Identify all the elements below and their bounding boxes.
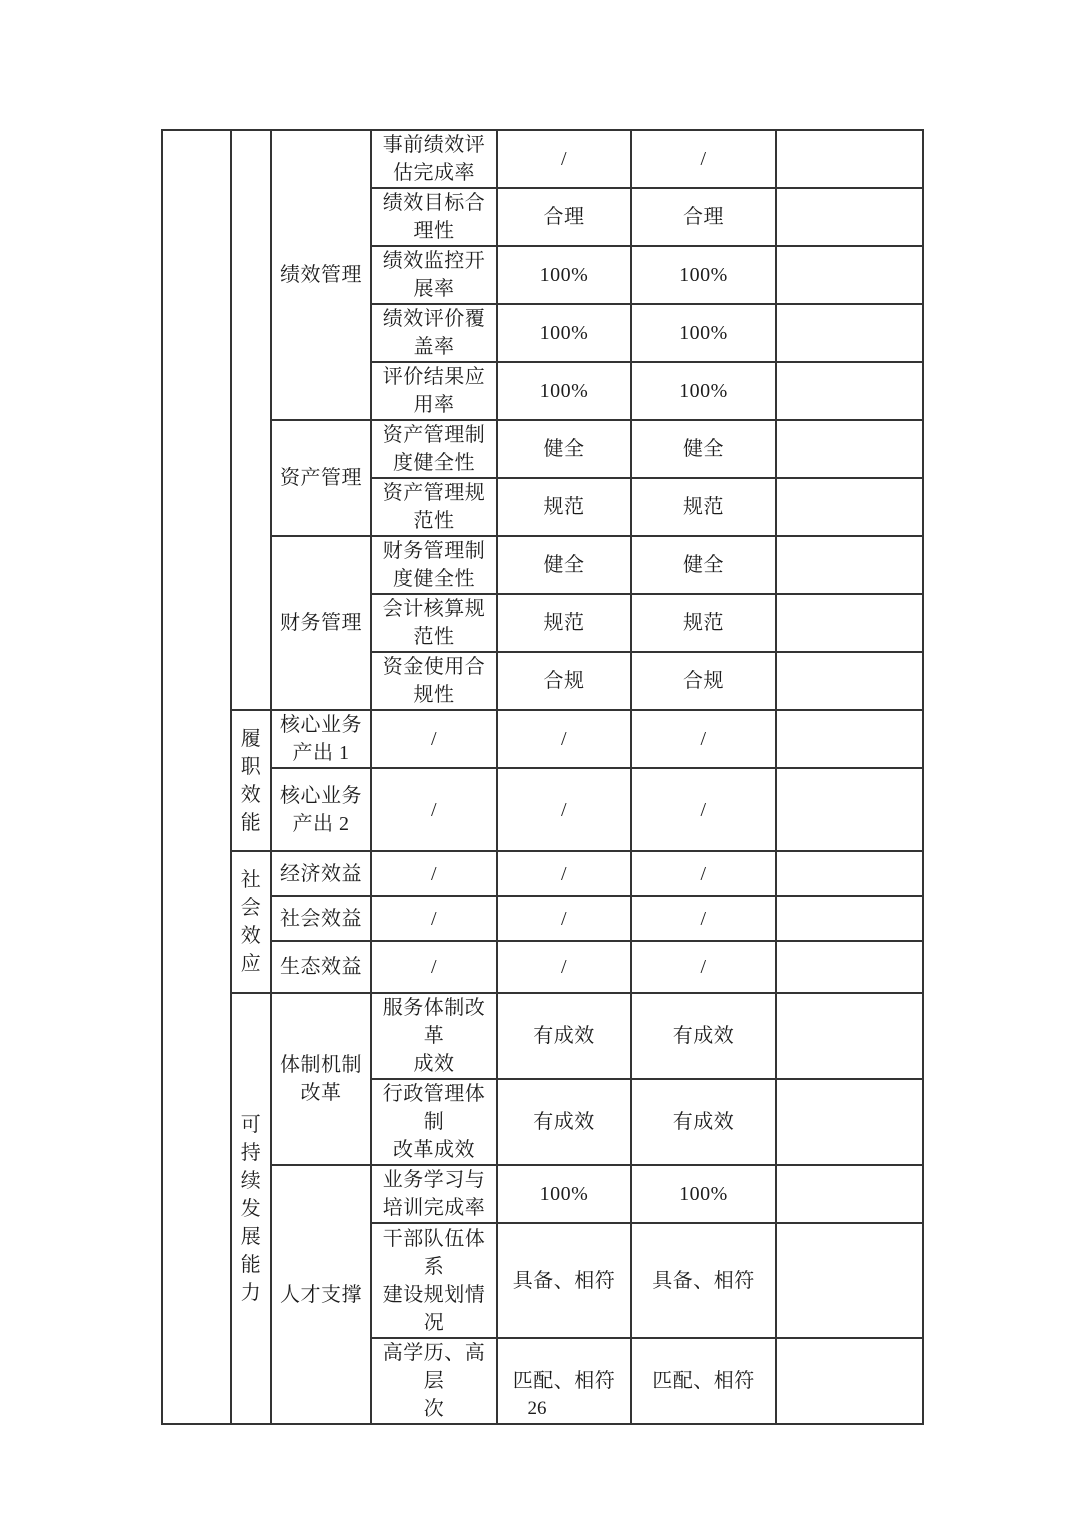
value-col-2: 合规 bbox=[631, 652, 776, 710]
value-col-1: 100% bbox=[497, 304, 631, 362]
indicator-name-text: 绩效监控开 展率 bbox=[383, 250, 486, 300]
notes-empty-cell bbox=[776, 1079, 923, 1165]
value-col-1: 合规 bbox=[497, 652, 631, 710]
item-eco-benefit-text: 生态效益 bbox=[280, 956, 362, 978]
indicator-name: 资产管理制 度健全性 bbox=[371, 420, 497, 478]
value-col-1: 100% bbox=[497, 246, 631, 304]
value-col-1: 合理 bbox=[497, 188, 631, 246]
value-col-1-text: 具备、相符 bbox=[513, 1270, 616, 1292]
value-col-2: / bbox=[631, 851, 776, 896]
value-col-2-text: 健全 bbox=[683, 438, 724, 460]
table-row: 人才支撑业务学习与 培训完成率100%100% bbox=[162, 1165, 923, 1223]
value-col-1-text: 合规 bbox=[544, 670, 585, 692]
table-row: 履 职 效 能核心业务 产出 1/// bbox=[162, 710, 923, 768]
table-row: 社 会 效 应经济效益/// bbox=[162, 851, 923, 896]
value-col-1: 100% bbox=[497, 362, 631, 420]
evaluation-table: 绩效管理事前绩效评 估完成率//绩效目标合 理性合理合理绩效监控开 展率100%… bbox=[161, 129, 924, 1425]
value-col-2: 健全 bbox=[631, 536, 776, 594]
notes-empty-cell bbox=[776, 710, 923, 768]
section-label-social-effect: 社 会 效 应 bbox=[231, 851, 271, 993]
value-col-1-text: 有成效 bbox=[533, 1025, 595, 1047]
value-col-2-text: 有成效 bbox=[673, 1111, 735, 1133]
value-col-1-text: 100% bbox=[540, 322, 589, 344]
col1-empty-cell bbox=[162, 130, 231, 1424]
value-col-1: / bbox=[497, 941, 631, 993]
indicator-name: 评价结果应 用率 bbox=[371, 362, 497, 420]
value-col-2: 100% bbox=[631, 246, 776, 304]
value-col-1-text: 匹配、相符 bbox=[513, 1370, 616, 1392]
indicator-name-text: 绩效目标合 理性 bbox=[383, 192, 486, 242]
group-performance-management: 绩效管理 bbox=[271, 130, 371, 420]
value-col-2-text: 有成效 bbox=[673, 1025, 735, 1047]
notes-empty-cell bbox=[776, 246, 923, 304]
value-col-0-text: / bbox=[431, 908, 437, 930]
notes-empty-cell bbox=[776, 851, 923, 896]
value-col-2: 健全 bbox=[631, 420, 776, 478]
value-col-1-text: / bbox=[561, 799, 567, 821]
value-col-1-text: 健全 bbox=[544, 554, 585, 576]
value-col-2-text: / bbox=[700, 908, 706, 930]
value-col-2-text: 规范 bbox=[683, 612, 724, 634]
value-col-2: 合理 bbox=[631, 188, 776, 246]
indicator-name-text: 干部队伍体 系 建设规划情 况 bbox=[383, 1228, 486, 1334]
indicator-name-text: 绩效评价覆 盖率 bbox=[383, 308, 486, 358]
item-economic-benefit-text: 经济效益 bbox=[280, 863, 362, 885]
section-label-fulfillment-efficacy-text: 履 职 效 能 bbox=[241, 728, 262, 834]
item-core-output-1: 核心业务 产出 1 bbox=[271, 710, 371, 768]
value-col-2: 有成效 bbox=[631, 993, 776, 1079]
notes-empty-cell bbox=[776, 478, 923, 536]
group-institutional-reform: 体制机制 改革 bbox=[271, 993, 371, 1165]
notes-empty-cell bbox=[776, 652, 923, 710]
indicator-name: 服务体制改 革 成效 bbox=[371, 993, 497, 1079]
table-row: 可 持 续 发 展 能 力体制机制 改革服务体制改 革 成效有成效有成效 bbox=[162, 993, 923, 1079]
value-col-1: 健全 bbox=[497, 536, 631, 594]
indicator-name-text: 会计核算规 范性 bbox=[383, 598, 486, 648]
value-col-2-text: / bbox=[700, 148, 706, 170]
group-finance-management-text: 财务管理 bbox=[280, 612, 362, 634]
section-empty-cell bbox=[231, 130, 271, 710]
value-col-0-text: / bbox=[431, 799, 437, 821]
notes-empty-cell bbox=[776, 130, 923, 188]
indicator-name-text: 资产管理制 度健全性 bbox=[383, 424, 486, 474]
value-col-2-text: 100% bbox=[679, 264, 728, 286]
value-col-1: 规范 bbox=[497, 478, 631, 536]
value-col-0-text: / bbox=[431, 863, 437, 885]
value-col-2: / bbox=[631, 768, 776, 851]
value-col-1-text: / bbox=[561, 148, 567, 170]
value-col-2: / bbox=[631, 130, 776, 188]
value-col-2-text: 100% bbox=[679, 1183, 728, 1205]
value-col-1-text: 规范 bbox=[544, 612, 585, 634]
item-eco-benefit: 生态效益 bbox=[271, 941, 371, 993]
table-row: 绩效管理事前绩效评 估完成率// bbox=[162, 130, 923, 188]
value-col-2: / bbox=[631, 941, 776, 993]
notes-empty-cell bbox=[776, 768, 923, 851]
value-col-1: 有成效 bbox=[497, 993, 631, 1079]
group-asset-management: 资产管理 bbox=[271, 420, 371, 536]
value-col-1: 具备、相符 bbox=[497, 1223, 631, 1338]
value-col-2: 100% bbox=[631, 362, 776, 420]
indicator-name: 资产管理规 范性 bbox=[371, 478, 497, 536]
value-col-2-text: 100% bbox=[679, 380, 728, 402]
group-asset-management-text: 资产管理 bbox=[280, 467, 362, 489]
value-col-2-text: 合规 bbox=[683, 670, 724, 692]
table-row: 社会效益/// bbox=[162, 896, 923, 941]
page-number: 26 bbox=[0, 1398, 1074, 1420]
value-col-0-text: / bbox=[431, 956, 437, 978]
notes-empty-cell bbox=[776, 362, 923, 420]
section-label-social-effect-text: 社 会 效 应 bbox=[241, 869, 262, 975]
item-social-benefit-text: 社会效益 bbox=[280, 908, 362, 930]
value-col-2-text: 规范 bbox=[683, 496, 724, 518]
value-col-1-text: 规范 bbox=[544, 496, 585, 518]
notes-empty-cell bbox=[776, 1165, 923, 1223]
value-col-2: / bbox=[631, 896, 776, 941]
value-col-2-text: / bbox=[700, 728, 706, 750]
value-col-2: 有成效 bbox=[631, 1079, 776, 1165]
value-col-2-text: 匹配、相符 bbox=[652, 1370, 755, 1392]
item-core-output-2: 核心业务 产出 2 bbox=[271, 768, 371, 851]
notes-empty-cell bbox=[776, 594, 923, 652]
group-talent-support: 人才支撑 bbox=[271, 1165, 371, 1424]
notes-empty-cell bbox=[776, 420, 923, 478]
evaluation-table-body: 绩效管理事前绩效评 估完成率//绩效目标合 理性合理合理绩效监控开 展率100%… bbox=[162, 130, 923, 1424]
indicator-name-text: 服务体制改 革 成效 bbox=[383, 997, 486, 1075]
value-col-1-text: / bbox=[561, 728, 567, 750]
indicator-name: 会计核算规 范性 bbox=[371, 594, 497, 652]
notes-empty-cell bbox=[776, 304, 923, 362]
indicator-name-text: 行政管理体 制 改革成效 bbox=[383, 1083, 486, 1161]
value-col-2: 100% bbox=[631, 304, 776, 362]
value-col-2-text: / bbox=[700, 956, 706, 978]
section-label-sustainable-development-text: 可 持 续 发 展 能 力 bbox=[241, 1114, 262, 1304]
value-col-0: / bbox=[371, 941, 497, 993]
indicator-name: 绩效监控开 展率 bbox=[371, 246, 497, 304]
value-col-1-text: / bbox=[561, 908, 567, 930]
indicator-name-text: 事前绩效评 估完成率 bbox=[383, 134, 486, 184]
value-col-2: 规范 bbox=[631, 594, 776, 652]
value-col-1: 规范 bbox=[497, 594, 631, 652]
table-row: 生态效益/// bbox=[162, 941, 923, 993]
value-col-2: / bbox=[631, 710, 776, 768]
indicator-name: 业务学习与 培训完成率 bbox=[371, 1165, 497, 1223]
notes-empty-cell bbox=[776, 993, 923, 1079]
value-col-0: / bbox=[371, 851, 497, 896]
value-col-2-text: 具备、相符 bbox=[652, 1270, 755, 1292]
item-economic-benefit: 经济效益 bbox=[271, 851, 371, 896]
item-core-output-2-text: 核心业务 产出 2 bbox=[280, 785, 362, 835]
value-col-1-text: / bbox=[561, 956, 567, 978]
notes-empty-cell bbox=[776, 188, 923, 246]
value-col-1: / bbox=[497, 896, 631, 941]
group-finance-management: 财务管理 bbox=[271, 536, 371, 710]
value-col-1-text: 有成效 bbox=[533, 1111, 595, 1133]
value-col-1: 100% bbox=[497, 1165, 631, 1223]
notes-empty-cell bbox=[776, 536, 923, 594]
group-talent-support-text: 人才支撑 bbox=[280, 1284, 362, 1306]
section-label-sustainable-development: 可 持 续 发 展 能 力 bbox=[231, 993, 271, 1424]
value-col-2-text: 合理 bbox=[683, 206, 724, 228]
value-col-0: / bbox=[371, 768, 497, 851]
table-row: 财务管理财务管理制 度健全性健全健全 bbox=[162, 536, 923, 594]
value-col-1-text: 100% bbox=[540, 264, 589, 286]
value-col-1: / bbox=[497, 851, 631, 896]
indicator-name-text: 评价结果应 用率 bbox=[383, 366, 486, 416]
value-col-2-text: / bbox=[700, 799, 706, 821]
indicator-name: 财务管理制 度健全性 bbox=[371, 536, 497, 594]
value-col-1: 健全 bbox=[497, 420, 631, 478]
value-col-2: 具备、相符 bbox=[631, 1223, 776, 1338]
indicator-name-text: 业务学习与 培训完成率 bbox=[383, 1169, 486, 1219]
value-col-1-text: 健全 bbox=[544, 438, 585, 460]
item-core-output-1-text: 核心业务 产出 1 bbox=[280, 714, 362, 764]
notes-empty-cell bbox=[776, 896, 923, 941]
value-col-1-text: 100% bbox=[540, 1183, 589, 1205]
value-col-0: / bbox=[371, 896, 497, 941]
indicator-name: 行政管理体 制 改革成效 bbox=[371, 1079, 497, 1165]
value-col-1: 有成效 bbox=[497, 1079, 631, 1165]
value-col-2: 规范 bbox=[631, 478, 776, 536]
value-col-0-text: / bbox=[431, 728, 437, 750]
indicator-name-text: 资金使用合 规性 bbox=[383, 656, 486, 706]
value-col-1: / bbox=[497, 710, 631, 768]
value-col-0: / bbox=[371, 710, 497, 768]
table-row: 资产管理资产管理制 度健全性健全健全 bbox=[162, 420, 923, 478]
value-col-1: / bbox=[497, 768, 631, 851]
group-performance-management-text: 绩效管理 bbox=[280, 264, 362, 286]
notes-empty-cell bbox=[776, 1223, 923, 1338]
value-col-1-text: 100% bbox=[540, 380, 589, 402]
indicator-name: 事前绩效评 估完成率 bbox=[371, 130, 497, 188]
value-col-1-text: / bbox=[561, 863, 567, 885]
group-institutional-reform-text: 体制机制 改革 bbox=[280, 1054, 362, 1104]
value-col-1: / bbox=[497, 130, 631, 188]
value-col-2-text: 健全 bbox=[683, 554, 724, 576]
indicator-name-text: 资产管理规 范性 bbox=[383, 482, 486, 532]
indicator-name: 绩效评价覆 盖率 bbox=[371, 304, 497, 362]
document-page: 绩效管理事前绩效评 估完成率//绩效目标合 理性合理合理绩效监控开 展率100%… bbox=[0, 0, 1074, 1520]
indicator-name: 干部队伍体 系 建设规划情 况 bbox=[371, 1223, 497, 1338]
indicator-name-text: 财务管理制 度健全性 bbox=[383, 540, 486, 590]
value-col-2-text: / bbox=[700, 863, 706, 885]
value-col-1-text: 合理 bbox=[544, 206, 585, 228]
indicator-name: 绩效目标合 理性 bbox=[371, 188, 497, 246]
value-col-2-text: 100% bbox=[679, 322, 728, 344]
notes-empty-cell bbox=[776, 941, 923, 993]
table-row: 核心业务 产出 2/// bbox=[162, 768, 923, 851]
value-col-2: 100% bbox=[631, 1165, 776, 1223]
section-label-fulfillment-efficacy: 履 职 效 能 bbox=[231, 710, 271, 851]
indicator-name: 资金使用合 规性 bbox=[371, 652, 497, 710]
item-social-benefit: 社会效益 bbox=[271, 896, 371, 941]
